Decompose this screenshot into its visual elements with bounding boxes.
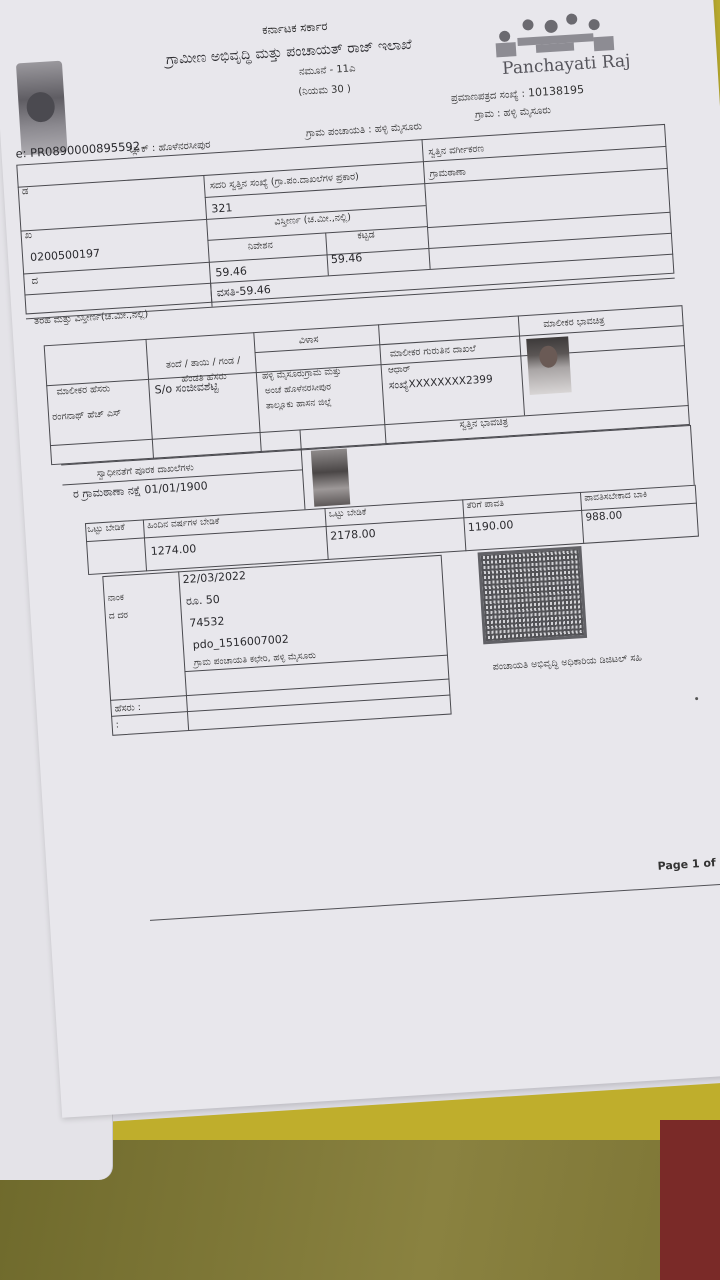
digital-signature-label: ಪಂಚಾಯತಿ ಅಭಿವೃದ್ಧಿ ಅಧಿಕಾರಿಯ ಡಿಜಿಟಲ್ ಸಹಿ [492,652,642,672]
owner-name-label: ಹೆಸರು : [114,702,141,715]
balance-due-value: 988.00 [585,509,622,523]
form-name: ನಮೂನೆ - 11ಎ [299,63,356,78]
site-label: ನಿವೇಶನ [248,240,274,253]
karnataka-emblem-icon [16,61,68,156]
building-area: 59.46 [330,251,362,266]
gram-panchayat-field: ಗ್ರಾಮ ಪಂಚಾಯತಿ : ಹಳ್ಳಿ ಮೈಸೂರು [306,121,423,139]
qr-code-icon [478,546,588,644]
govt-title: ಕರ್ನಾಟಕ ಸರ್ಕಾರ [262,19,328,38]
issue-fee: ರೂ. 50 [186,593,221,609]
owner-table [44,305,690,465]
left-fragment-2: ಖ [24,230,32,241]
owner-photo [526,336,571,395]
other-label: : [115,719,119,730]
left-fragment-1: ಡ [22,186,29,197]
address-header: ವಿಳಾಸ [299,334,319,346]
village-field: ಗ್ರಾಮ : ಹಳ್ಳಿ ಮೈಸೂರು [475,105,551,121]
certificate-number: 10138195 [528,83,585,99]
building-label: ಕಟ್ಟಡ [357,229,375,241]
site-area: 59.46 [215,264,247,279]
department-title: ಗ್ರಾಮೀಣ ಅಭಿವೃದ್ಧಿ ಮತ್ತು ಪಂಚಾಯತ್ ರಾಜ್ ಇಲಾ… [166,37,413,68]
panchayati-raj-logo-icon: Panchayati Raj [494,6,619,93]
property-photo [311,449,350,507]
background-red-fabric [660,1120,720,1280]
receipt-number: 74532 [189,615,225,630]
ink-mark [695,697,698,700]
property-number: 321 [211,201,233,215]
certificate-label: ಪ್ರಮಾಣಪತ್ರದ ಸಂಖ್ಯೆ : [451,89,526,105]
owner-id-type: ಆಧಾರ್ [388,364,411,375]
classification-value: ಗ್ರಾಮಠಾಣಾ [429,167,466,180]
rule-reference: (ನಿಯಮ 30 ) [298,84,351,98]
footer-rule [150,880,720,921]
date-label: ನಾಂಕ [107,593,124,604]
certificate-number-label: ಪ್ರಮಾಣಪತ್ರದ ಸಂಖ್ಯೆ : 10138195 [451,83,585,104]
page-number: Page 1 of 1 [657,855,720,872]
fee-label: ದ ದರ [109,611,129,622]
logo-text: Panchayati Raj [502,51,631,79]
left-fragment-3: ದ [31,276,38,287]
document-page: ಕರ್ನಾಟಕ ಸರ್ಕಾರ ಗ್ರಾಮೀಣ ಅಭಿವೃದ್ಧಿ ಮತ್ತು ಪ… [0,0,720,1118]
